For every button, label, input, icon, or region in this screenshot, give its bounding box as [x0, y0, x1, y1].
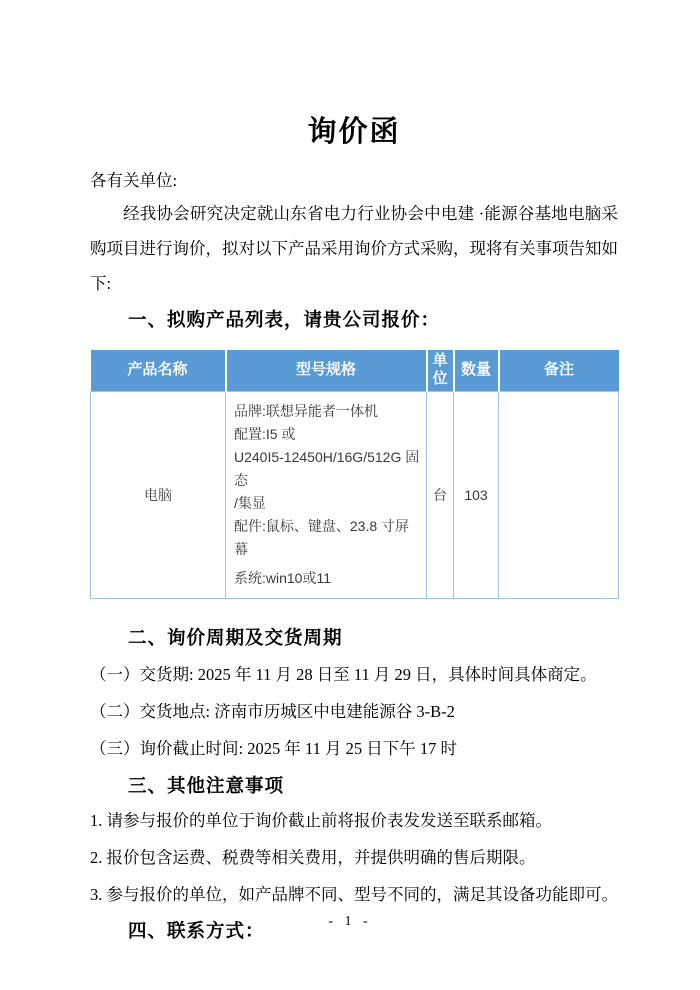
delivery-location-item: （二）交货地点: 济南市历城区中电建能源谷 3-B-2 — [90, 694, 618, 730]
header-quantity: 数量 — [454, 350, 499, 391]
spec-line-model: U240I5-12450H/16G/512G 固态 — [234, 446, 420, 492]
note-item-1: 1. 请参与报价的单位于询价截止前将报价表发发送至联系邮箱。 — [90, 803, 618, 839]
cell-unit: 台 — [427, 391, 454, 598]
section-3-heading: 三、其他注意事项 — [128, 771, 618, 801]
cell-product-name: 电脑 — [91, 391, 226, 598]
document-title: 询价函 — [90, 112, 618, 152]
inquiry-deadline-item: （三）询价截止时间: 2025 年 11 月 25 日下午 17 时 — [90, 731, 618, 767]
product-table-body: 电脑 品牌:联想异能者一体机 配置:I5 或 U240I5-12450H/16G… — [91, 391, 619, 598]
cell-model-spec: 品牌:联想异能者一体机 配置:I5 或 U240I5-12450H/16G/51… — [226, 391, 427, 598]
section-3-items: 1. 请参与报价的单位于询价截止前将报价表发发送至联系邮箱。 2. 报价包含运费… — [90, 803, 618, 913]
cell-note — [499, 391, 619, 598]
intro-paragraph: 经我协会研究决定就山东省电力行业协会中电建 ·能源谷基地电脑采购项目进行询价，拟… — [90, 196, 618, 301]
product-table-header: 产品名称 型号规格 单位 数量 备注 — [91, 350, 619, 391]
table-header-row: 产品名称 型号规格 单位 数量 备注 — [91, 350, 619, 391]
delivery-period-item: （一）交货期: 2025 年 11 月 28 日至 11 月 29 日，具体时间… — [90, 657, 618, 693]
product-table: 产品名称 型号规格 单位 数量 备注 电脑 品牌:联想异能者一体机 配置:I5 … — [90, 350, 619, 599]
header-unit: 单位 — [427, 350, 454, 391]
spec-line-config: 配置:I5 或 — [234, 423, 420, 446]
header-note: 备注 — [499, 350, 619, 391]
section-2-items: （一）交货期: 2025 年 11 月 28 日至 11 月 29 日，具体时间… — [90, 657, 618, 767]
spec-line-graphics: /集显 — [234, 492, 420, 515]
spec-line-os: 系统:win10或11 — [234, 567, 420, 590]
section-2-heading: 二、询价周期及交货周期 — [128, 623, 618, 653]
spec-line-brand: 品牌:联想异能者一体机 — [234, 400, 420, 423]
salutation: 各有关单位: — [90, 166, 618, 196]
spec-line-accessories: 配件:鼠标、键盘、23.8 寸屏幕 — [234, 515, 420, 561]
cell-quantity: 103 — [454, 391, 499, 598]
header-product-name: 产品名称 — [91, 350, 226, 391]
document-page: 询价函 各有关单位: 经我协会研究决定就山东省电力行业协会中电建 ·能源谷基地电… — [0, 0, 700, 990]
table-row: 电脑 品牌:联想异能者一体机 配置:I5 或 U240I5-12450H/16G… — [91, 391, 619, 598]
note-item-3: 3. 参与报价的单位，如产品牌不同、型号不同的，满足其设备功能即可。 — [90, 877, 618, 913]
note-item-2: 2. 报价包含运费、税费等相关费用，并提供明确的售后期限。 — [90, 840, 618, 876]
header-model-spec: 型号规格 — [226, 350, 427, 391]
page-number: - 1 - — [0, 914, 700, 930]
section-1-heading: 一、拟购产品列表，请贵公司报价： — [128, 305, 618, 335]
